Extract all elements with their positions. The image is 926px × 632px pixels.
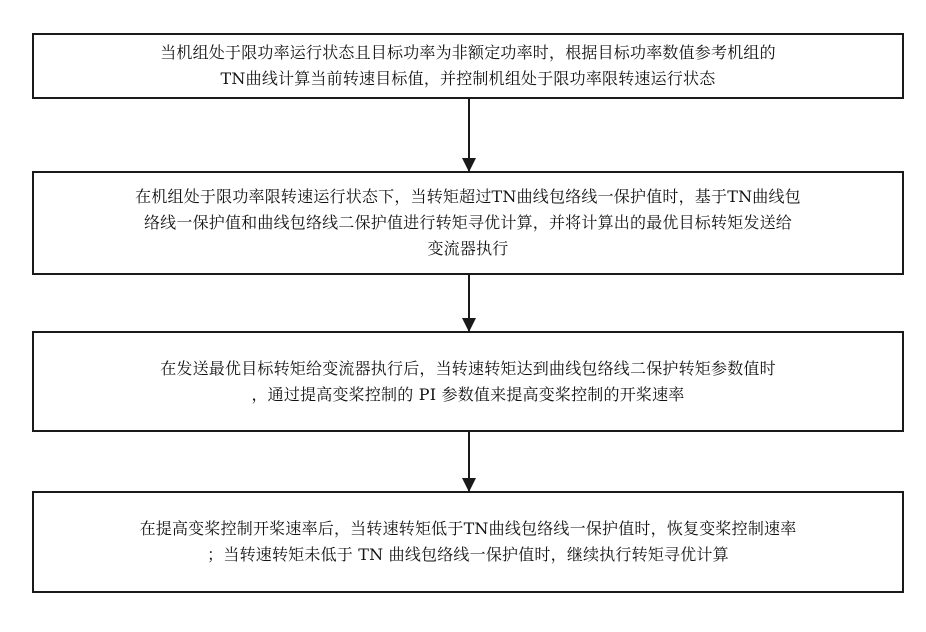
arrow-down-icon (468, 275, 470, 331)
arrow-down-icon (468, 432, 470, 491)
flow-step-4-box: 在提高变桨控制开桨速率后，当转速转矩低于TN曲线包络线一保护值时，恢复变桨控制速… (32, 491, 904, 593)
flow-step-2-box: 在机组处于限功率限转速运行状态下，当转矩超过TN曲线包络线一保护值时，基于TN曲… (32, 171, 904, 275)
flow-step-4-text: 在提高变桨控制开桨速率后，当转速转矩低于TN曲线包络线一保护值时，恢复变桨控制速… (140, 516, 797, 568)
flow-step-3-box: 在发送最优目标转矩给变流器执行后，当转速转矩达到曲线包络线二保护转矩参数值时 ，… (32, 331, 904, 432)
arrow-down-icon (468, 99, 470, 171)
flow-step-1-text: 当机组处于限功率运行状态且目标功率为非额定功率时，根据目标功率数值参考机组的 T… (160, 40, 776, 92)
flow-step-2-text: 在机组处于限功率限转速运行状态下，当转矩超过TN曲线包络线一保护值时，基于TN曲… (135, 184, 801, 262)
flow-step-1-box: 当机组处于限功率运行状态且目标功率为非额定功率时，根据目标功率数值参考机组的 T… (32, 33, 904, 99)
flow-step-3-text: 在发送最优目标转矩给变流器执行后，当转速转矩达到曲线包络线二保护转矩参数值时 ，… (160, 356, 776, 408)
